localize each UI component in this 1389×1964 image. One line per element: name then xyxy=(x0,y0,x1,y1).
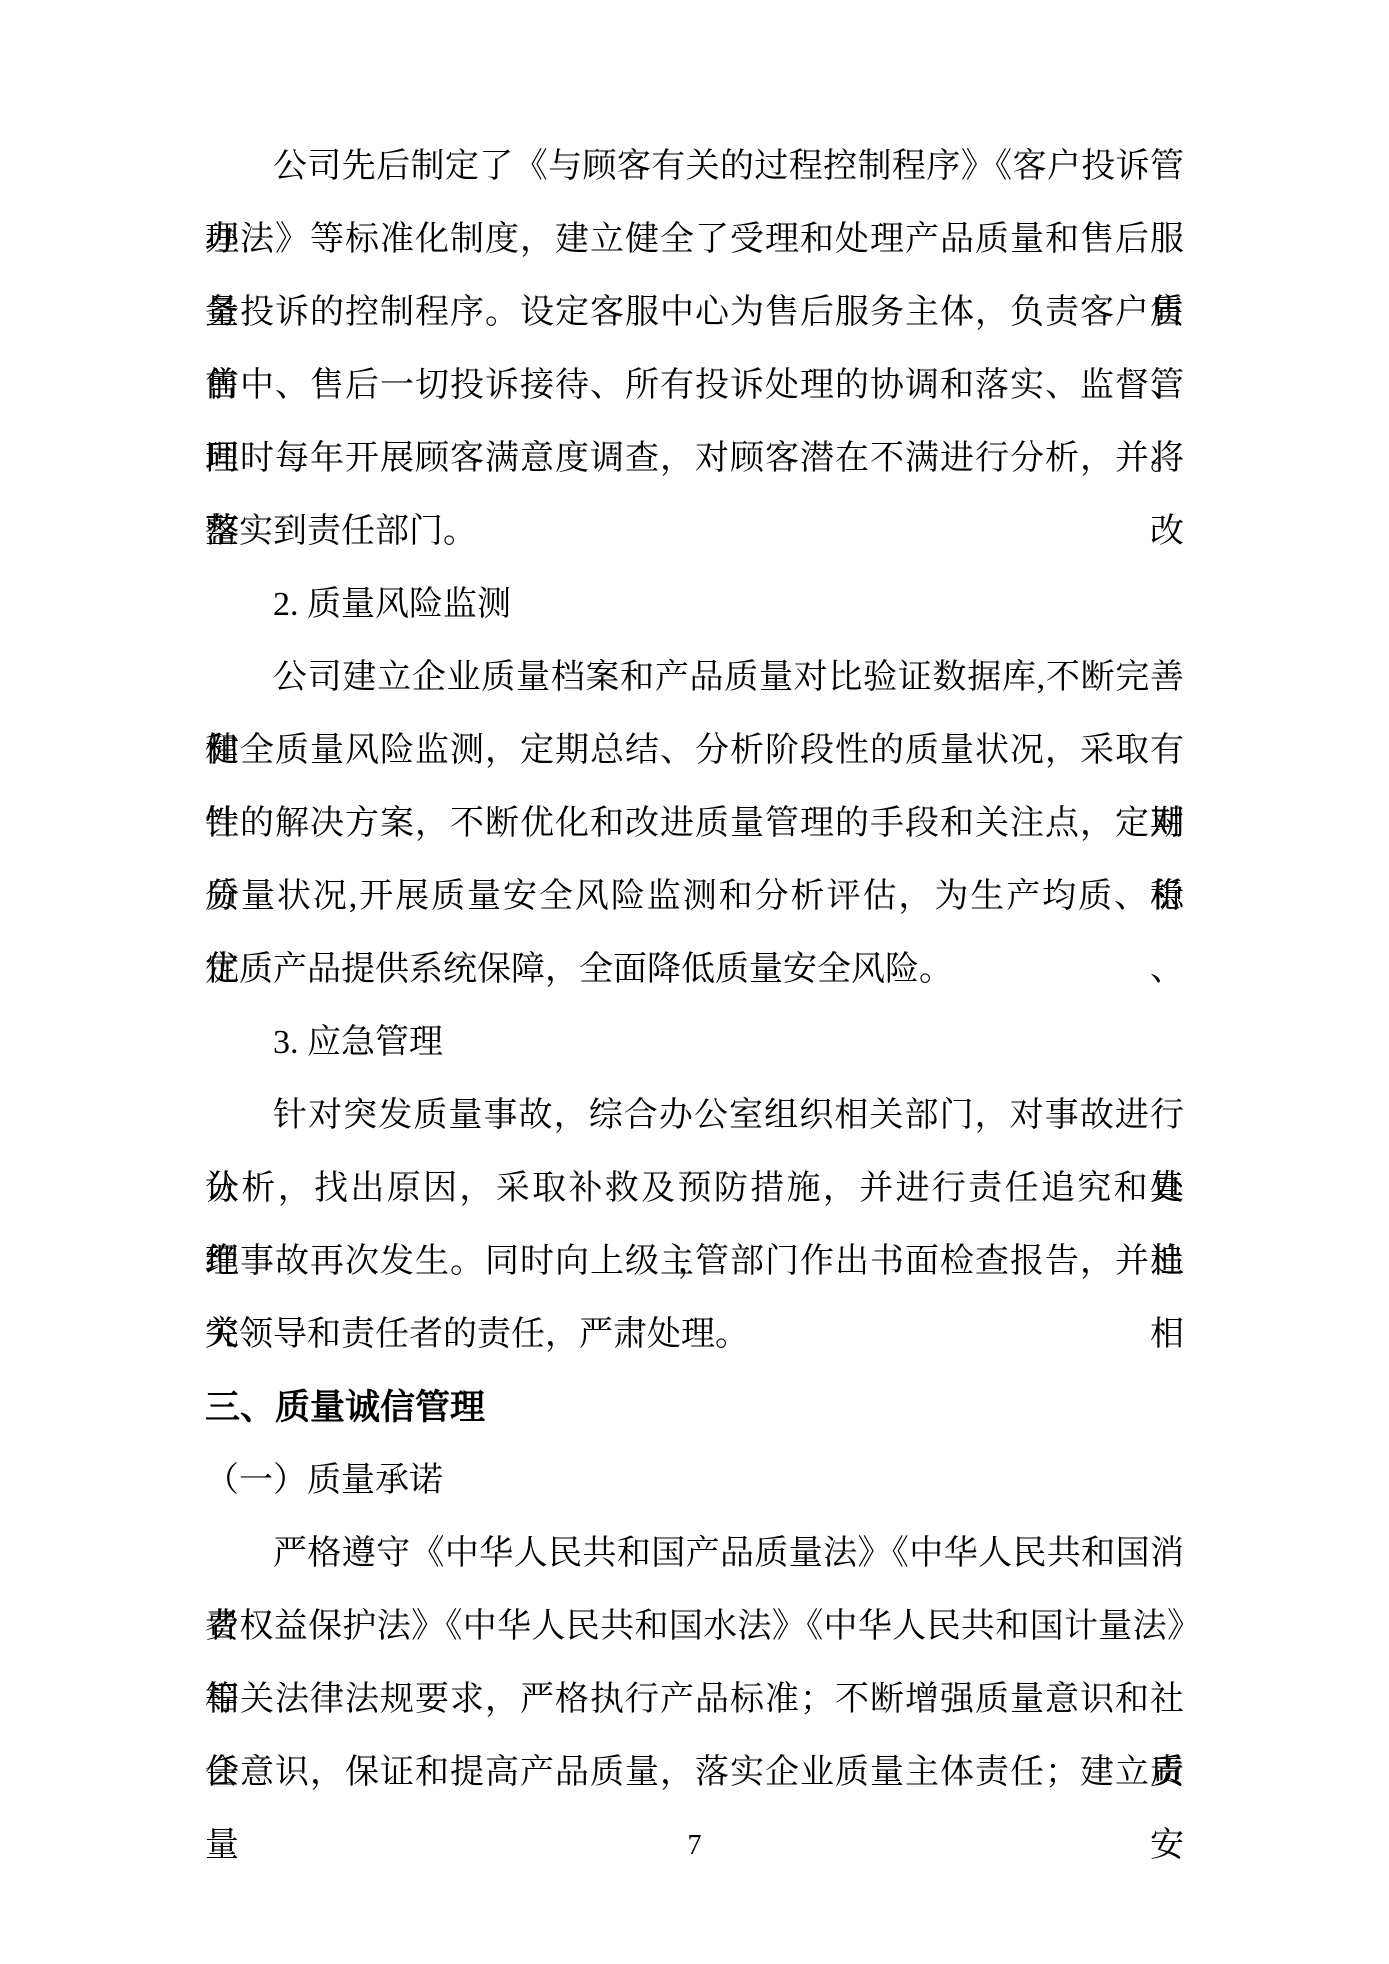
paragraph-line: 售中、售后一切投诉接待、所有投诉处理的协调和落实、监督管理。 xyxy=(205,349,1184,422)
document-text-block: 公司先后制定了《与顾客有关的过程控制程序》《客户投诉管理 办法》等标准化制度，建… xyxy=(205,130,1184,1882)
paragraph-line: 质量状况,开展质量安全风险监测和分析评估，为生产均质、稳定、 xyxy=(205,860,1184,933)
paragraph-line: 任意识，保证和提高产品质量，落实企业质量主体责任；建立质量安 xyxy=(205,1736,1184,1809)
paragraph-line: 分析，找出原因，采取补救及预防措施，并进行责任追究和处理，杜 xyxy=(205,1152,1184,1225)
paragraph-line: 性的解决方案，不断优化和改进质量管理的手段和关注点，定期分析 xyxy=(205,787,1184,860)
section-heading: 三、质量诚信管理 xyxy=(205,1371,1184,1444)
paragraph-line: 量投诉的控制程序。设定客服中心为售后服务主体，负责客户售前、 xyxy=(205,276,1184,349)
paragraph-line: 办法》等标准化制度，建立健全了受理和处理产品质量和售后服务质 xyxy=(205,203,1184,276)
paragraph-line: 者权益保护法》《中华人民共和国水法》《中华人民共和国计量法》等 xyxy=(205,1590,1184,1663)
paragraph-line: 严格遵守《中华人民共和国产品质量法》《中华人民共和国消费 xyxy=(205,1517,1184,1590)
paragraph-line: 公司建立企业质量档案和产品质量对比验证数据库,不断完善和 xyxy=(205,641,1184,714)
subsection-heading: （一）质量承诺 xyxy=(205,1444,1184,1517)
paragraph-line: 健全质量风险监测，定期总结、分析阶段性的质量状况，采取有针对 xyxy=(205,714,1184,787)
numbered-subheading: 3. 应急管理 xyxy=(205,1006,1184,1079)
paragraph-line: 相关法律法规要求，严格执行产品标准；不断增强质量意识和社会责 xyxy=(205,1663,1184,1736)
document-page: 公司先后制定了《与顾客有关的过程控制程序》《客户投诉管理 办法》等标准化制度，建… xyxy=(0,0,1389,1964)
paragraph-line: 针对突发质量事故，综合办公室组织相关部门，对事故进行认真 xyxy=(205,1079,1184,1152)
paragraph-line: 公司先后制定了《与顾客有关的过程控制程序》《客户投诉管理 xyxy=(205,130,1184,203)
numbered-subheading: 2. 质量风险监测 xyxy=(205,568,1184,641)
paragraph-line: 绝事故再次发生。同时向上级主管部门作出书面检查报告，并追究相 xyxy=(205,1225,1184,1298)
paragraph-line: 同时每年开展顾客满意度调查，对顾客潜在不满进行分析，并将整改 xyxy=(205,422,1184,495)
